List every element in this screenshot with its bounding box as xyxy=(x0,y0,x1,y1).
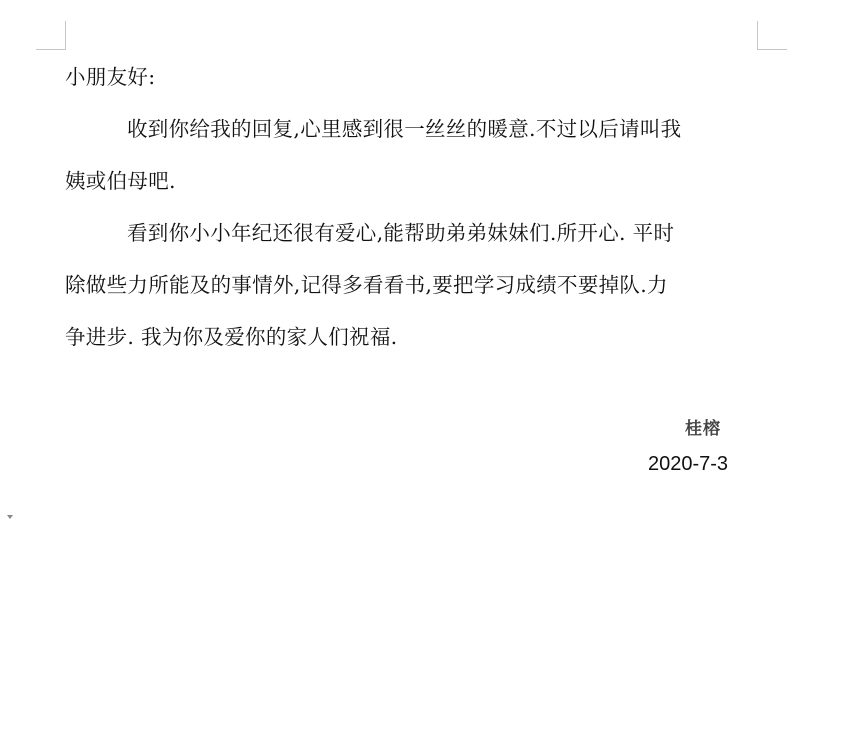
page-corner-mark-top-left xyxy=(36,21,66,50)
paragraph-2-line-2: 除做些力所能及的事情外,记得多看看书,要把学习成绩不要掉队.力 xyxy=(65,270,668,300)
paragraph-1-line-1: 收到你给我的回复,心里感到很一丝丝的暖意.不过以后请叫我 xyxy=(65,114,681,144)
signature: 桂榕 xyxy=(685,414,721,439)
page-corner-mark-top-right xyxy=(757,21,787,50)
greeting: 小朋友好: xyxy=(65,62,155,92)
paragraph-1-line-2: 姨或伯母吧. xyxy=(65,166,176,196)
letter-date: 2020-7-3 xyxy=(648,453,728,476)
collapse-triangle-icon[interactable] xyxy=(7,515,13,519)
paragraph-2-line-3: 争进步. 我为你及爱你的家人们祝福. xyxy=(65,322,397,352)
paragraph-2-line-1: 看到你小小年纪还很有爱心,能帮助弟弟妹妹们.所开心. 平时 xyxy=(65,218,674,248)
